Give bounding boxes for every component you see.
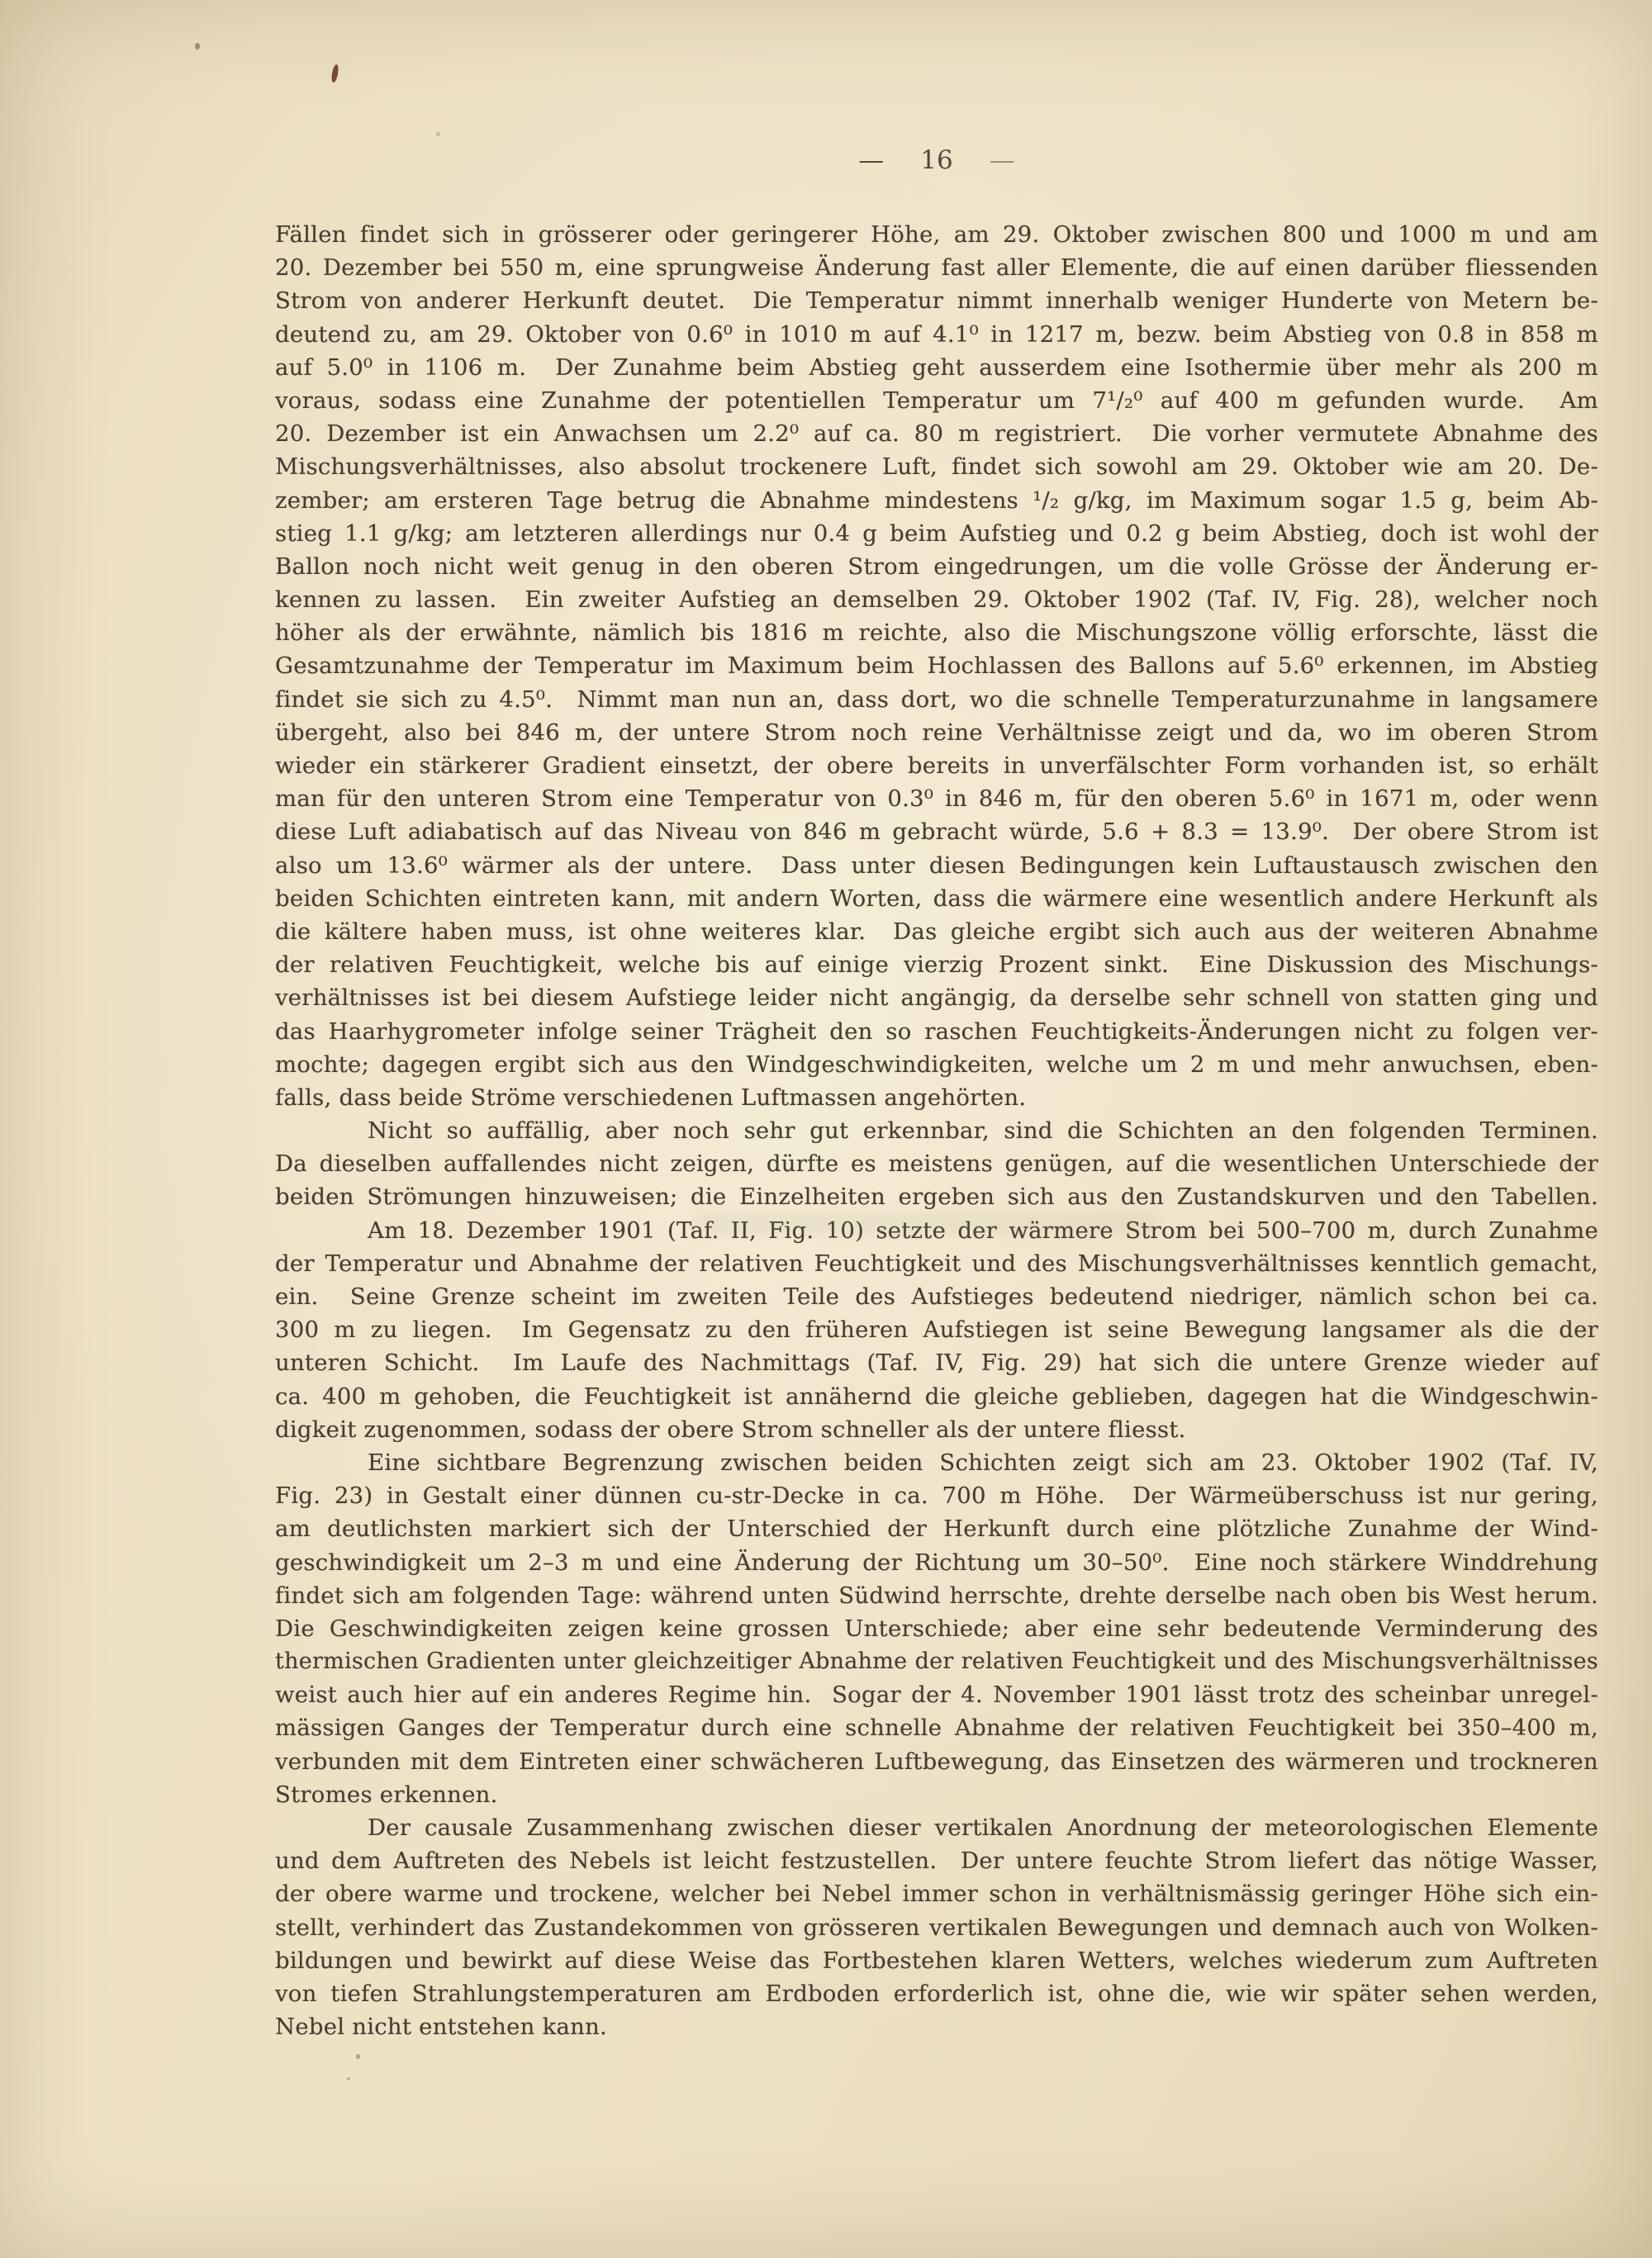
text-line: übergeht, also bei 846 m, der untere Str… (275, 716, 1598, 749)
text-line: thermischen Gradienten unter gleichzeiti… (275, 1645, 1598, 1678)
text-line: mochte; dagegen ergibt sich aus den Wind… (275, 1048, 1598, 1081)
text-line: der relativen Feuchtigkeit, welche bis a… (275, 948, 1598, 981)
page-number: — 16 — (275, 145, 1598, 175)
text-line: findet sich am folgenden Tage: während u… (275, 1579, 1598, 1612)
text-line: das Haarhygrometer infolge seiner Träghe… (275, 1015, 1598, 1048)
text-line: der Temperatur und Abnahme der relativen… (275, 1247, 1598, 1280)
text-line: verbunden mit dem Eintreten einer schwäc… (275, 1745, 1598, 1778)
text-line: ca. 400 m gehoben, die Feuchtigkeit ist … (275, 1380, 1598, 1413)
text-line: wieder ein stärkerer Gradient einsetzt, … (275, 749, 1598, 782)
text-line: kennen zu lassen. Ein zweiter Aufstieg a… (275, 583, 1598, 616)
text-line: geschwindigkeit um 2–3 m und eine Änderu… (275, 1546, 1598, 1579)
text-line: unteren Schicht. Im Laufe des Nachmittag… (275, 1346, 1598, 1379)
text-line: falls, dass beide Ströme verschiedenen L… (275, 1081, 1598, 1114)
text-line: diese Luft adiabatisch auf das Niveau vo… (275, 815, 1598, 848)
text-line: die kältere haben muss, ist ohne weitere… (275, 915, 1598, 948)
ink-speck (347, 2077, 350, 2080)
text-line: Gesamtzunahme der Temperatur im Maximum … (275, 649, 1598, 682)
text-block: Fällen findet sich in grösserer oder ger… (275, 218, 1598, 2043)
text-line: 300 m zu liegen. Im Gegensatz zu den frü… (275, 1313, 1598, 1346)
text-line: Eine sichtbare Begrenzung zwischen beide… (275, 1446, 1598, 1479)
text-line: Mischungsverhältnisses, also absolut tro… (275, 450, 1598, 483)
text-line: man für den unteren Strom eine Temperatu… (275, 782, 1598, 815)
text-line: Der causale Zusammenhang zwischen dieser… (275, 1811, 1598, 1844)
text-line: von tiefen Strahlungstemperaturen am Erd… (275, 1977, 1598, 2010)
text-line: Strom von anderer Herkunft deutet. Die T… (275, 284, 1598, 317)
text-line: Stromes erkennen. (275, 1778, 1598, 1811)
text-line: digkeit zugenommen, sodass der obere Str… (275, 1413, 1598, 1446)
text-line: voraus, sodass eine Zunahme der potentie… (275, 384, 1598, 417)
text-line: auf 5.0⁰ in 1106 m. Der Zunahme beim Abs… (275, 351, 1598, 384)
text-line: weist auch hier auf ein anderes Regime h… (275, 1678, 1598, 1711)
text-line: 20. Dezember bei 550 m, eine sprungweise… (275, 251, 1598, 284)
paragraph: Nicht so auffällig, aber noch sehr gut e… (275, 1114, 1598, 1214)
text-line: verhältnisses ist bei diesem Aufstiege l… (275, 981, 1598, 1014)
text-line: Da dieselben auffallendes nicht zeigen, … (275, 1147, 1598, 1180)
text-line: Am 18. Dezember 1901 (Taf. II, Fig. 10) … (275, 1214, 1598, 1247)
text-line: ein. Seine Grenze scheint im zweiten Tei… (275, 1280, 1598, 1313)
text-line: findet sie sich zu 4.5⁰. Nimmt man nun a… (275, 683, 1598, 716)
text-line: am deutlichsten markiert sich der Unters… (275, 1512, 1598, 1545)
ink-speck (331, 64, 339, 83)
paragraph: Am 18. Dezember 1901 (Taf. II, Fig. 10) … (275, 1214, 1598, 1446)
paragraph: Fällen findet sich in grösserer oder ger… (275, 218, 1598, 1114)
text-line: Die Geschwindigkeiten zeigen keine gross… (275, 1612, 1598, 1645)
scanned-page: — 16 — Fällen findet sich in grösserer o… (0, 0, 1652, 2258)
text-line: höher als der erwähnte, nämlich bis 1816… (275, 616, 1598, 649)
text-line: also um 13.6⁰ wärmer als der untere. Das… (275, 849, 1598, 882)
text-line: Fig. 23) in Gestalt einer dünnen cu-str-… (275, 1479, 1598, 1512)
text-line: 20. Dezember ist ein Anwachsen um 2.2⁰ a… (275, 417, 1598, 450)
text-line: und dem Auftreten des Nebels ist leicht … (275, 1844, 1598, 1877)
text-line: bildungen und bewirkt auf diese Weise da… (275, 1944, 1598, 1977)
page-number-dash-right: — (990, 145, 1015, 175)
page-number-value: 16 (920, 145, 952, 175)
ink-speck (436, 132, 440, 136)
text-line: stellt, verhindert das Zustandekommen vo… (275, 1911, 1598, 1944)
text-line: Fällen findet sich in grösserer oder ger… (275, 218, 1598, 251)
text-line: beiden Strömungen hinzuweisen; die Einze… (275, 1180, 1598, 1213)
text-line: mässigen Ganges der Temperatur durch ein… (275, 1711, 1598, 1744)
text-line: beiden Schichten eintreten kann, mit and… (275, 882, 1598, 915)
ink-speck (195, 43, 200, 50)
page-number-dash-left: — (858, 145, 884, 175)
text-line: deutend zu, am 29. Oktober von 0.6⁰ in 1… (275, 318, 1598, 351)
text-line: stieg 1.1 g/kg; am letzteren allerdings … (275, 517, 1598, 550)
text-line: der obere warme und trockene, welcher be… (275, 1877, 1598, 1910)
text-line: zember; am ersteren Tage betrug die Abna… (275, 484, 1598, 517)
paragraph: Eine sichtbare Begrenzung zwischen beide… (275, 1446, 1598, 1811)
text-line: Nebel nicht entstehen kann. (275, 2010, 1598, 2043)
ink-speck (356, 2054, 360, 2059)
text-line: Nicht so auffällig, aber noch sehr gut e… (275, 1114, 1598, 1147)
paragraph: Der causale Zusammenhang zwischen dieser… (275, 1811, 1598, 2043)
text-line: Ballon noch nicht weit genug in den ober… (275, 550, 1598, 583)
